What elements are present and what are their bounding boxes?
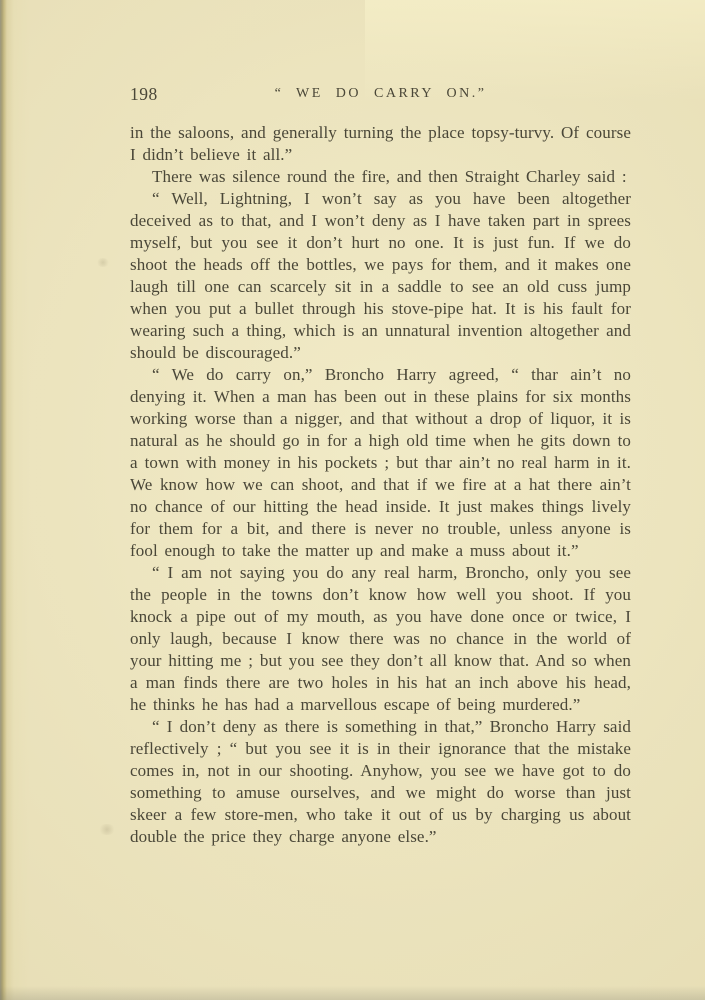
paragraph: “ We do carry on,” Broncho Harry agreed,…	[130, 364, 631, 562]
paragraph: “ I am not saying you do any real harm, …	[130, 562, 631, 716]
page-bottom-shadow	[0, 986, 705, 1000]
paragraph: There was silence round the fire, and th…	[130, 166, 631, 188]
paragraph: “ I don’t deny as there is something in …	[130, 716, 631, 848]
paragraph: “ Well, Lightning, I won’t say as you ha…	[130, 188, 631, 364]
body-text-column: in the saloons, and generally turning th…	[130, 122, 631, 848]
paper-smudge	[98, 824, 116, 835]
book-page-scan: 198 “ WE DO CARRY ON.” in the saloons, a…	[0, 0, 705, 1000]
paper-smudge	[96, 258, 110, 267]
running-header-title: “ WE DO CARRY ON.”	[130, 86, 631, 102]
paragraph: in the saloons, and generally turning th…	[130, 122, 631, 166]
page-header: 198 “ WE DO CARRY ON.”	[130, 84, 631, 106]
